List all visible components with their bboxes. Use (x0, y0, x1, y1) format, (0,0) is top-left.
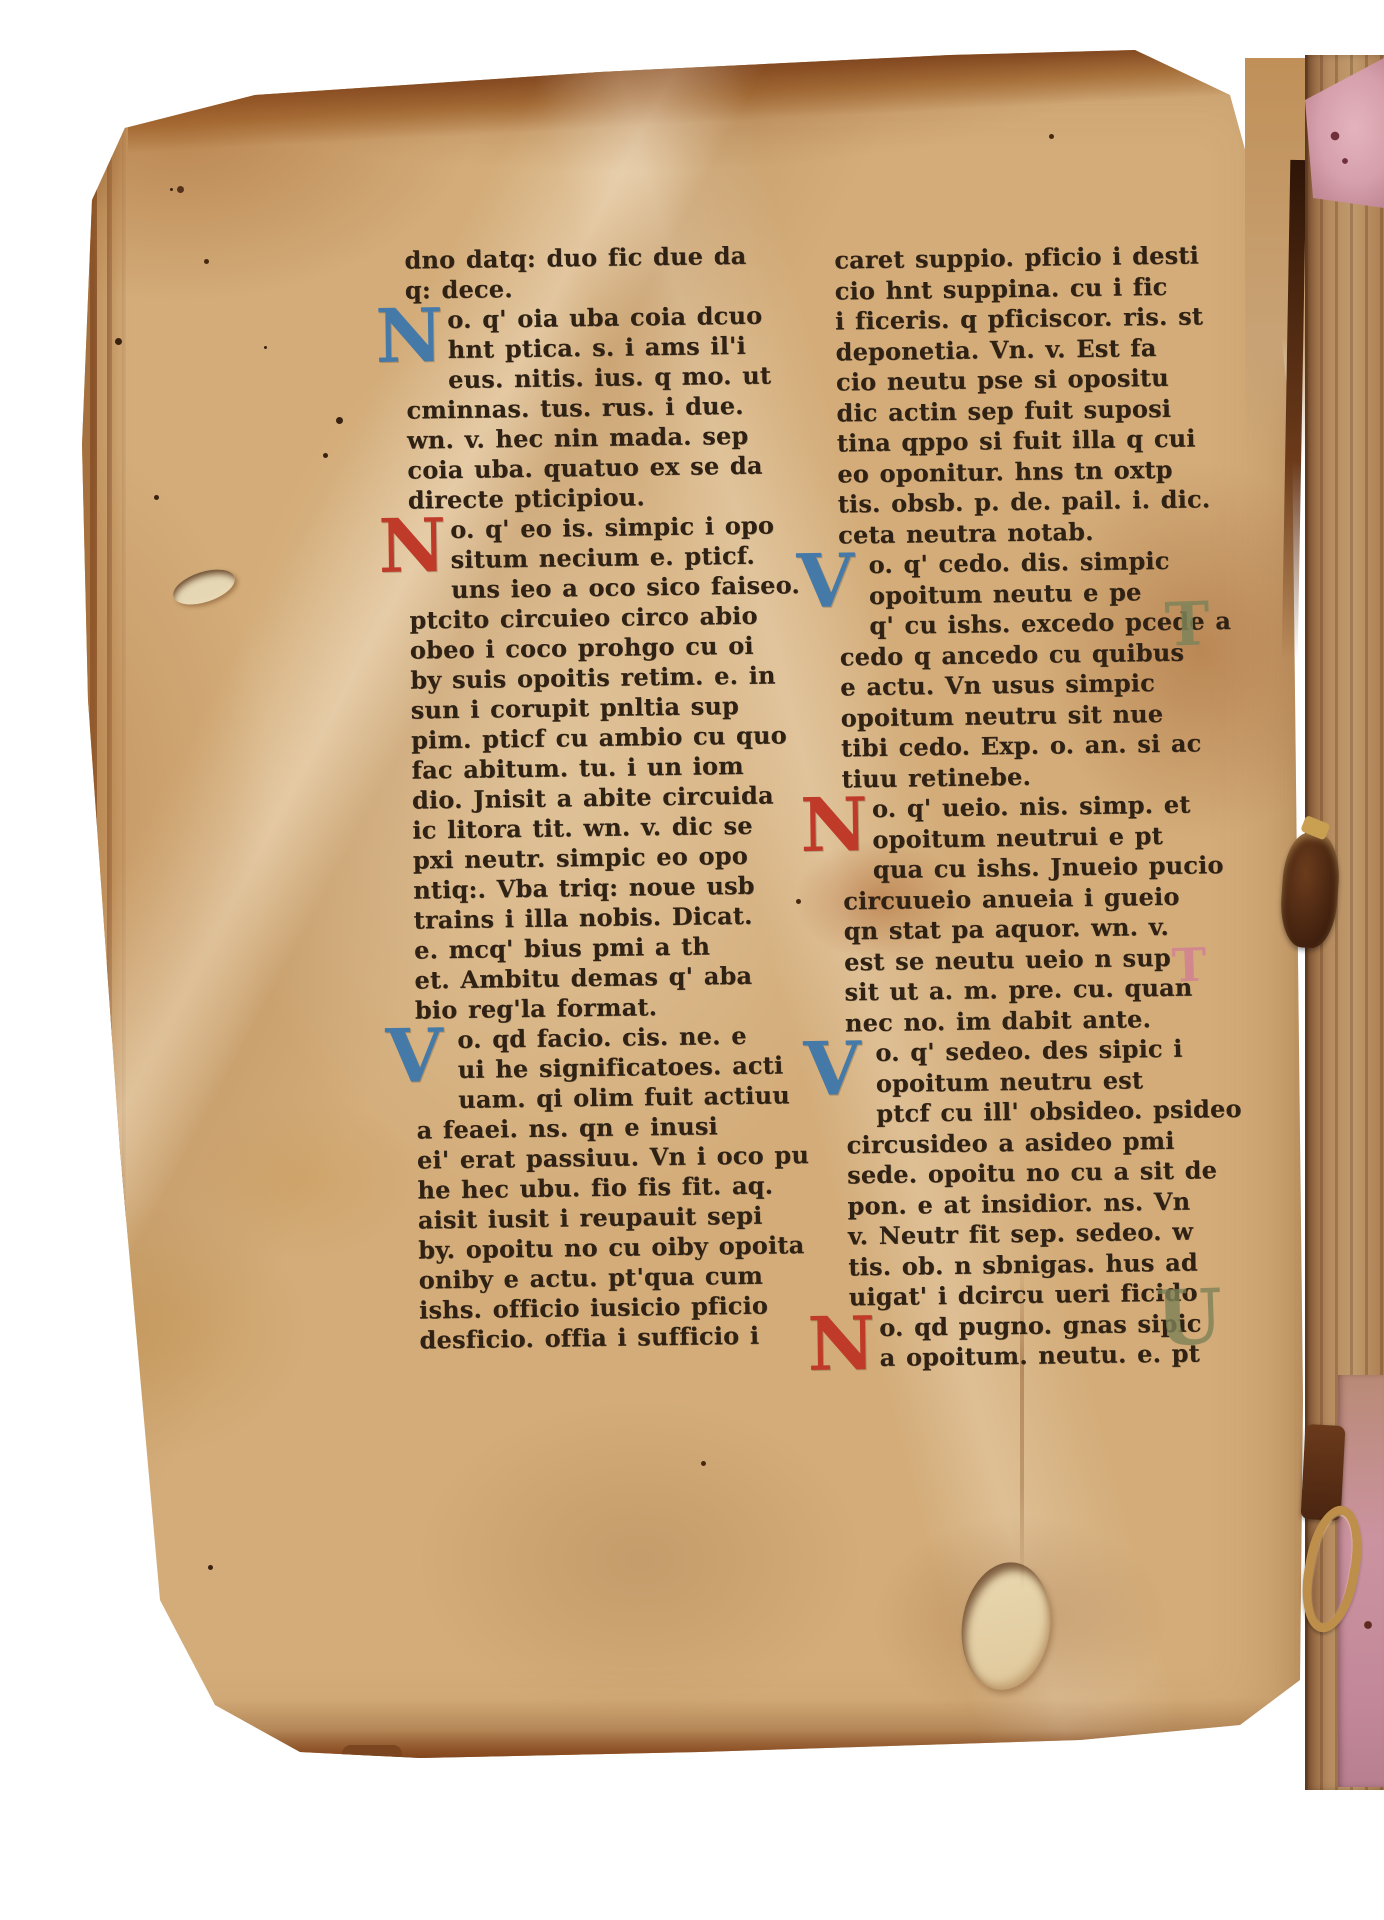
text-line: v. Neutr fit sep. sedeo. w (848, 1216, 1204, 1251)
text-line: tibi cedo. Exp. o. an. si ac (841, 729, 1197, 764)
text-line: q' cu ishs. excedo pcede a (839, 607, 1195, 642)
illuminated-initial: N (375, 307, 442, 368)
paragraph: No. qd pugno. gnas sipica opoitum. neutu… (849, 1308, 1206, 1374)
paragraph: No. q' oia uba coia dcuohnt ptica. s. i … (405, 300, 780, 515)
text-line: opoitum neutru sit nue (841, 698, 1197, 733)
text-line: opoitum neutru est (846, 1064, 1202, 1099)
wormholes (336, 417, 343, 424)
text-line: circuueio anueia i gueio (843, 881, 1199, 916)
text-line: opoitum neutu e pe (839, 576, 1195, 611)
illuminated-initial: N (378, 517, 445, 578)
paragraph: Vo. q' sedeo. des sipic iopoitum neutru … (845, 1033, 1205, 1312)
text-line: e actu. Vn usus simpic (840, 668, 1196, 703)
text-line: desficio. offia i sufficio i (419, 1320, 791, 1355)
text-line: pon. e at insidior. ns. Vn (847, 1186, 1203, 1221)
text-line: ptcf cu ill' obsideo. psideo (846, 1094, 1202, 1129)
margin-guide-letter: T (1171, 937, 1207, 992)
text-line: o. q' sedeo. des sipic i (845, 1033, 1201, 1068)
text-line: est se neutu ueio n sup (844, 942, 1200, 977)
leaf-edge (92, 1740, 156, 1758)
text-line: circusideo a asideo pmi (846, 1125, 1202, 1160)
text-line: dic actin sep fuit suposi (836, 393, 1192, 428)
text-line: a opoitum. neutu. e. pt (849, 1338, 1205, 1373)
illuminated-initial: N (800, 796, 867, 857)
illuminated-initial: V (385, 1027, 452, 1088)
text-line: uam. qi olim fuit actiuu (416, 1080, 788, 1115)
text-column-left: dno datq: duo fic due daq: dece.No. q' o… (404, 240, 791, 1355)
paragraph: No. q' ueio. nis. simp. etopoitum neutru… (842, 790, 1201, 1039)
manuscript-page: dno datq: duo fic due daq: dece.No. q' o… (30, 45, 1308, 1770)
text-line: i ficeris. q pficiscor. ris. st (835, 302, 1191, 337)
paragraph: dno datq: duo fic due daq: dece. (404, 240, 777, 305)
text-line: sede. opoitu no cu a sit de (847, 1155, 1203, 1190)
text-line: tis. ob. n sbnigas. hus ad (848, 1247, 1204, 1282)
text-line: trains i illa nobis. Dicat. (413, 900, 785, 935)
text-line: o. q' ueio. nis. simp. et (842, 790, 1198, 825)
photo-scene: dno datq: duo fic due daq: dece.No. q' o… (0, 0, 1384, 1920)
text-line: o. qd pugno. gnas sipic (849, 1308, 1205, 1343)
text-line: cedo q ancedo cu quibus (840, 637, 1196, 672)
text-line: qua cu ishs. Jnueio pucio (843, 851, 1199, 886)
text-line: deponetia. Vn. v. Est fa (835, 332, 1191, 367)
text-line: et. Ambitu demas q' aba (414, 960, 786, 995)
text-line: cio neutu pse si opositu (836, 363, 1192, 398)
paragraph: No. q' eo is. simpic i opositum necium e… (408, 510, 787, 1025)
text-line: qn stat pa aquor. wn. v. (844, 912, 1200, 947)
text-line: coia uba. quatuo ex se da (407, 450, 779, 485)
text-line: uigat' i dcircu ueri ficido (849, 1277, 1205, 1312)
text-line: o. q' cedo. dis. simpic (838, 546, 1194, 581)
text-line: tis. obsb. p. de. pail. i. dic. (838, 485, 1194, 520)
illuminated-initial: V (803, 1040, 870, 1101)
text-line: opoitum neutrui e pt (842, 820, 1198, 855)
text-line: ceta neutra notab. (838, 515, 1194, 550)
illuminated-initial: V (796, 552, 863, 613)
margin-guide-letter: U (1154, 1272, 1223, 1363)
text-column-right: caret suppio. pficio i desticio hnt supp… (834, 241, 1206, 1375)
text-line: tina qppo si fuit illa q cui (837, 424, 1193, 459)
text-line: tiuu retinebe. (841, 759, 1197, 794)
text-line: eo oponitur. hns tn oxtp (837, 454, 1193, 489)
text-line: cio hnt suppina. cu i fic (835, 271, 1191, 306)
paragraph: Vo. qd facio. cis. ne. eui he significat… (415, 1020, 792, 1355)
margin-guide-letter: T (1164, 589, 1211, 661)
illuminated-initial: N (807, 1315, 874, 1376)
page-bottom-edge (150, 1698, 1300, 1770)
text-line: sit ut a. m. pre. cu. quan (844, 972, 1200, 1007)
leaf-edge (342, 1745, 402, 1763)
text-line: nec no. im dabit ante. (845, 1003, 1201, 1038)
text-line: caret suppio. pficio i desti (834, 241, 1190, 276)
paragraph: Vo. q' cedo. dis. simpicopoitum neutu e … (838, 546, 1197, 795)
text-line: dno datq: duo fic due da (404, 240, 776, 275)
paragraph: caret suppio. pficio i desticio hnt supp… (834, 241, 1194, 551)
